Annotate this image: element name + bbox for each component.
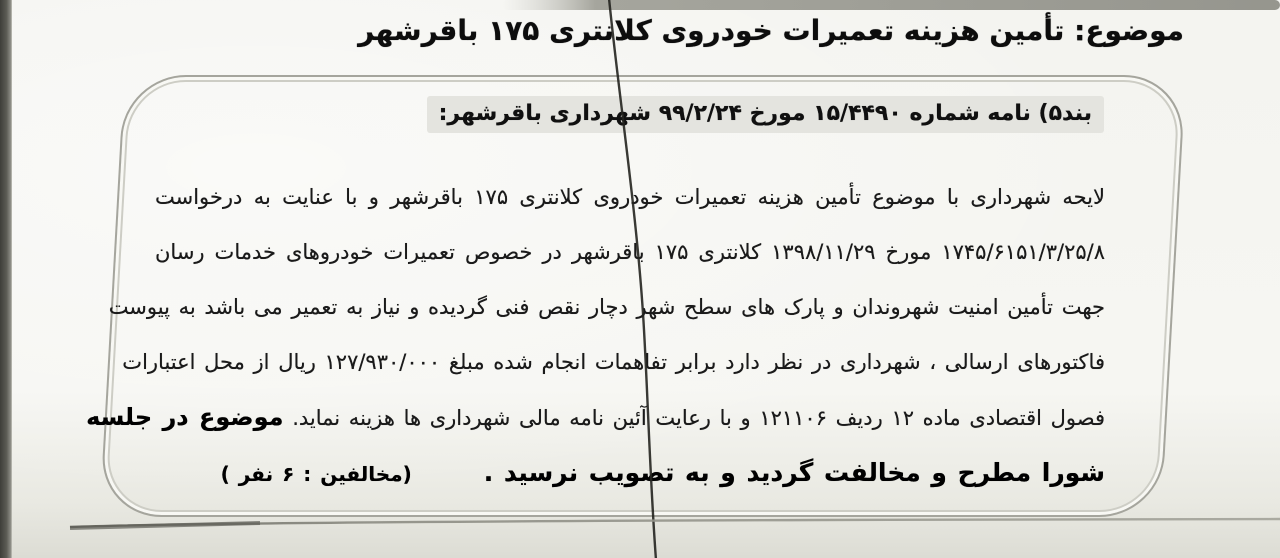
clause-body-line: فاکتورهای ارسالی ، شهرداری در نظر دارد ب…: [155, 335, 1105, 390]
clause-body-line: ۱۷۴۵/۶۱۵۱/۳/۲۵/۸ مورخ ۱۳۹۸/۱۱/۲۹ کلانتری…: [155, 225, 1105, 280]
clause-heading: بند۵) نامه شماره ۱۵/۴۴۹۰ مورخ ۹۹/۲/۲۴ شه…: [427, 96, 1104, 133]
dissent-count-note: (مخالفین : ۶ نفر ): [221, 462, 412, 486]
resolution-statement: شورا مطرح و مخالفت گردید و به تصویب نرسی…: [484, 458, 1105, 487]
bottom-crease-dark-segment: [70, 523, 260, 528]
scan-top-shadow: [502, 0, 1280, 10]
scan-edge-strip: [0, 0, 12, 558]
resolution-line: شورا مطرح و مخالفت گردید و به تصویب نرسی…: [155, 445, 1105, 500]
scanned-document-page: موضوع: تأمین هزینه تعمیرات خودروی کلانتر…: [0, 0, 1280, 558]
clause-body-text: لایحه شهرداری با موضوع تأمین هزینه تعمیر…: [155, 170, 1105, 500]
emphasis-lead: موضوع در جلسه: [86, 403, 283, 431]
clause-body-line: لایحه شهرداری با موضوع تأمین هزینه تعمیر…: [155, 170, 1105, 225]
clause-body-line: فصول اقتصادی ماده ۱۲ ردیف ۱۲۱۱۰۶ و با رع…: [155, 390, 1105, 445]
document-subject-title: موضوع: تأمین هزینه تعمیرات خودروی کلانتر…: [358, 14, 1184, 47]
bottom-crease-line: [70, 519, 1280, 527]
clause-body-line: جهت تأمین امنیت شهروندان و پارک های سطح …: [155, 280, 1105, 335]
clause-body-line-text: فصول اقتصادی ماده ۱۲ ردیف ۱۲۱۱۰۶ و با رع…: [292, 406, 1105, 430]
